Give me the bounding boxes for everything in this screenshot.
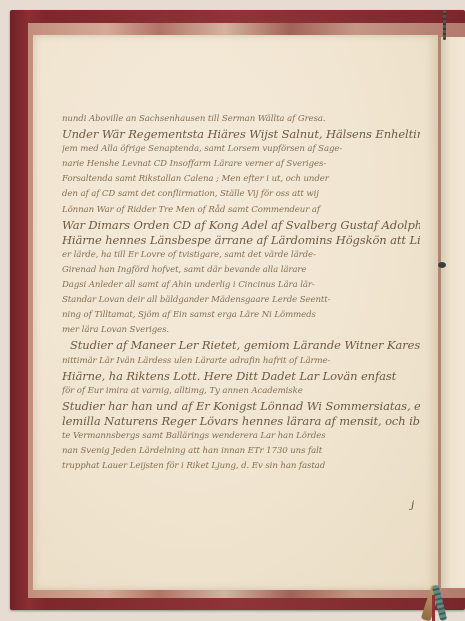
text-line: för of Eur imira at varnig, alltimg, Ty … xyxy=(62,384,420,399)
text-line: nittimär Lär Ivän Lärdess ulen Lärarte a… xyxy=(62,354,420,369)
text-line: te Vermannsbergs samt Ballärings wendere… xyxy=(62,429,420,444)
text-line: mer lära Lovan Sveriges. xyxy=(62,323,420,338)
binding-knot xyxy=(438,262,446,268)
text-line: Hiärne hennes Länsbespe ärrane af Lärdom… xyxy=(62,233,420,248)
text-line: nan Svenig Jeden Lärdelning att han inna… xyxy=(62,444,420,459)
text-line: Studier har han und af Er Konigst Lönnad… xyxy=(62,399,420,414)
text-line: trupphat Lauer Leijsten för i Riket Ljun… xyxy=(62,459,420,474)
text-line: Dagsi Anleder all samt af Ahin underlig … xyxy=(62,278,420,293)
text-line: War Dimars Orden CD af Kong Adel af Sval… xyxy=(62,218,420,233)
text-line: Standar Lovan deir all bäldgander Mädens… xyxy=(62,293,420,308)
text-line: nundi Aboville an Sachsenhausen till Ser… xyxy=(62,112,420,127)
binding-thread xyxy=(443,10,446,40)
facing-page-edge xyxy=(440,37,465,588)
text-line: er lärde, ha till Er Lovre of tvistigare… xyxy=(62,248,420,263)
text-line: lemilla Naturens Reger Lövars hennes lär… xyxy=(62,414,420,429)
manuscript-text: nundi Aboville an Sachsenhausen till Ser… xyxy=(62,112,420,474)
text-line: Under Wär Regementsta Hiäres Wijst Salnu… xyxy=(62,127,420,142)
text-line: narie Henshe Levnat CD Insoffarm Lärare … xyxy=(62,157,420,172)
text-line: jem med Alla öfrige Senaptenda, samt Lor… xyxy=(62,142,420,157)
text-line: Hiärne, ha Riktens Lott. Here Ditt Dadet… xyxy=(62,369,420,384)
text-line: ning of Tilltamat, Sjöm af Ein samst erg… xyxy=(62,308,420,323)
text-line: den af af CD samt det conflirmation, Stä… xyxy=(62,187,420,202)
text-line: Girenad han Ingförd hofvet, samt där bev… xyxy=(62,263,420,278)
text-line: Studier af Maneer Ler Rietet, gemiom Lär… xyxy=(62,338,420,353)
text-line: Lönnan War of Ridder Tre Men of Råd samt… xyxy=(62,203,420,218)
text-line: Forsaltenda samt Rikstallan Calena ; Men… xyxy=(62,172,420,187)
catchword: j xyxy=(411,500,414,511)
tassel-strand-red xyxy=(432,595,435,621)
silk-tassel xyxy=(422,585,450,621)
